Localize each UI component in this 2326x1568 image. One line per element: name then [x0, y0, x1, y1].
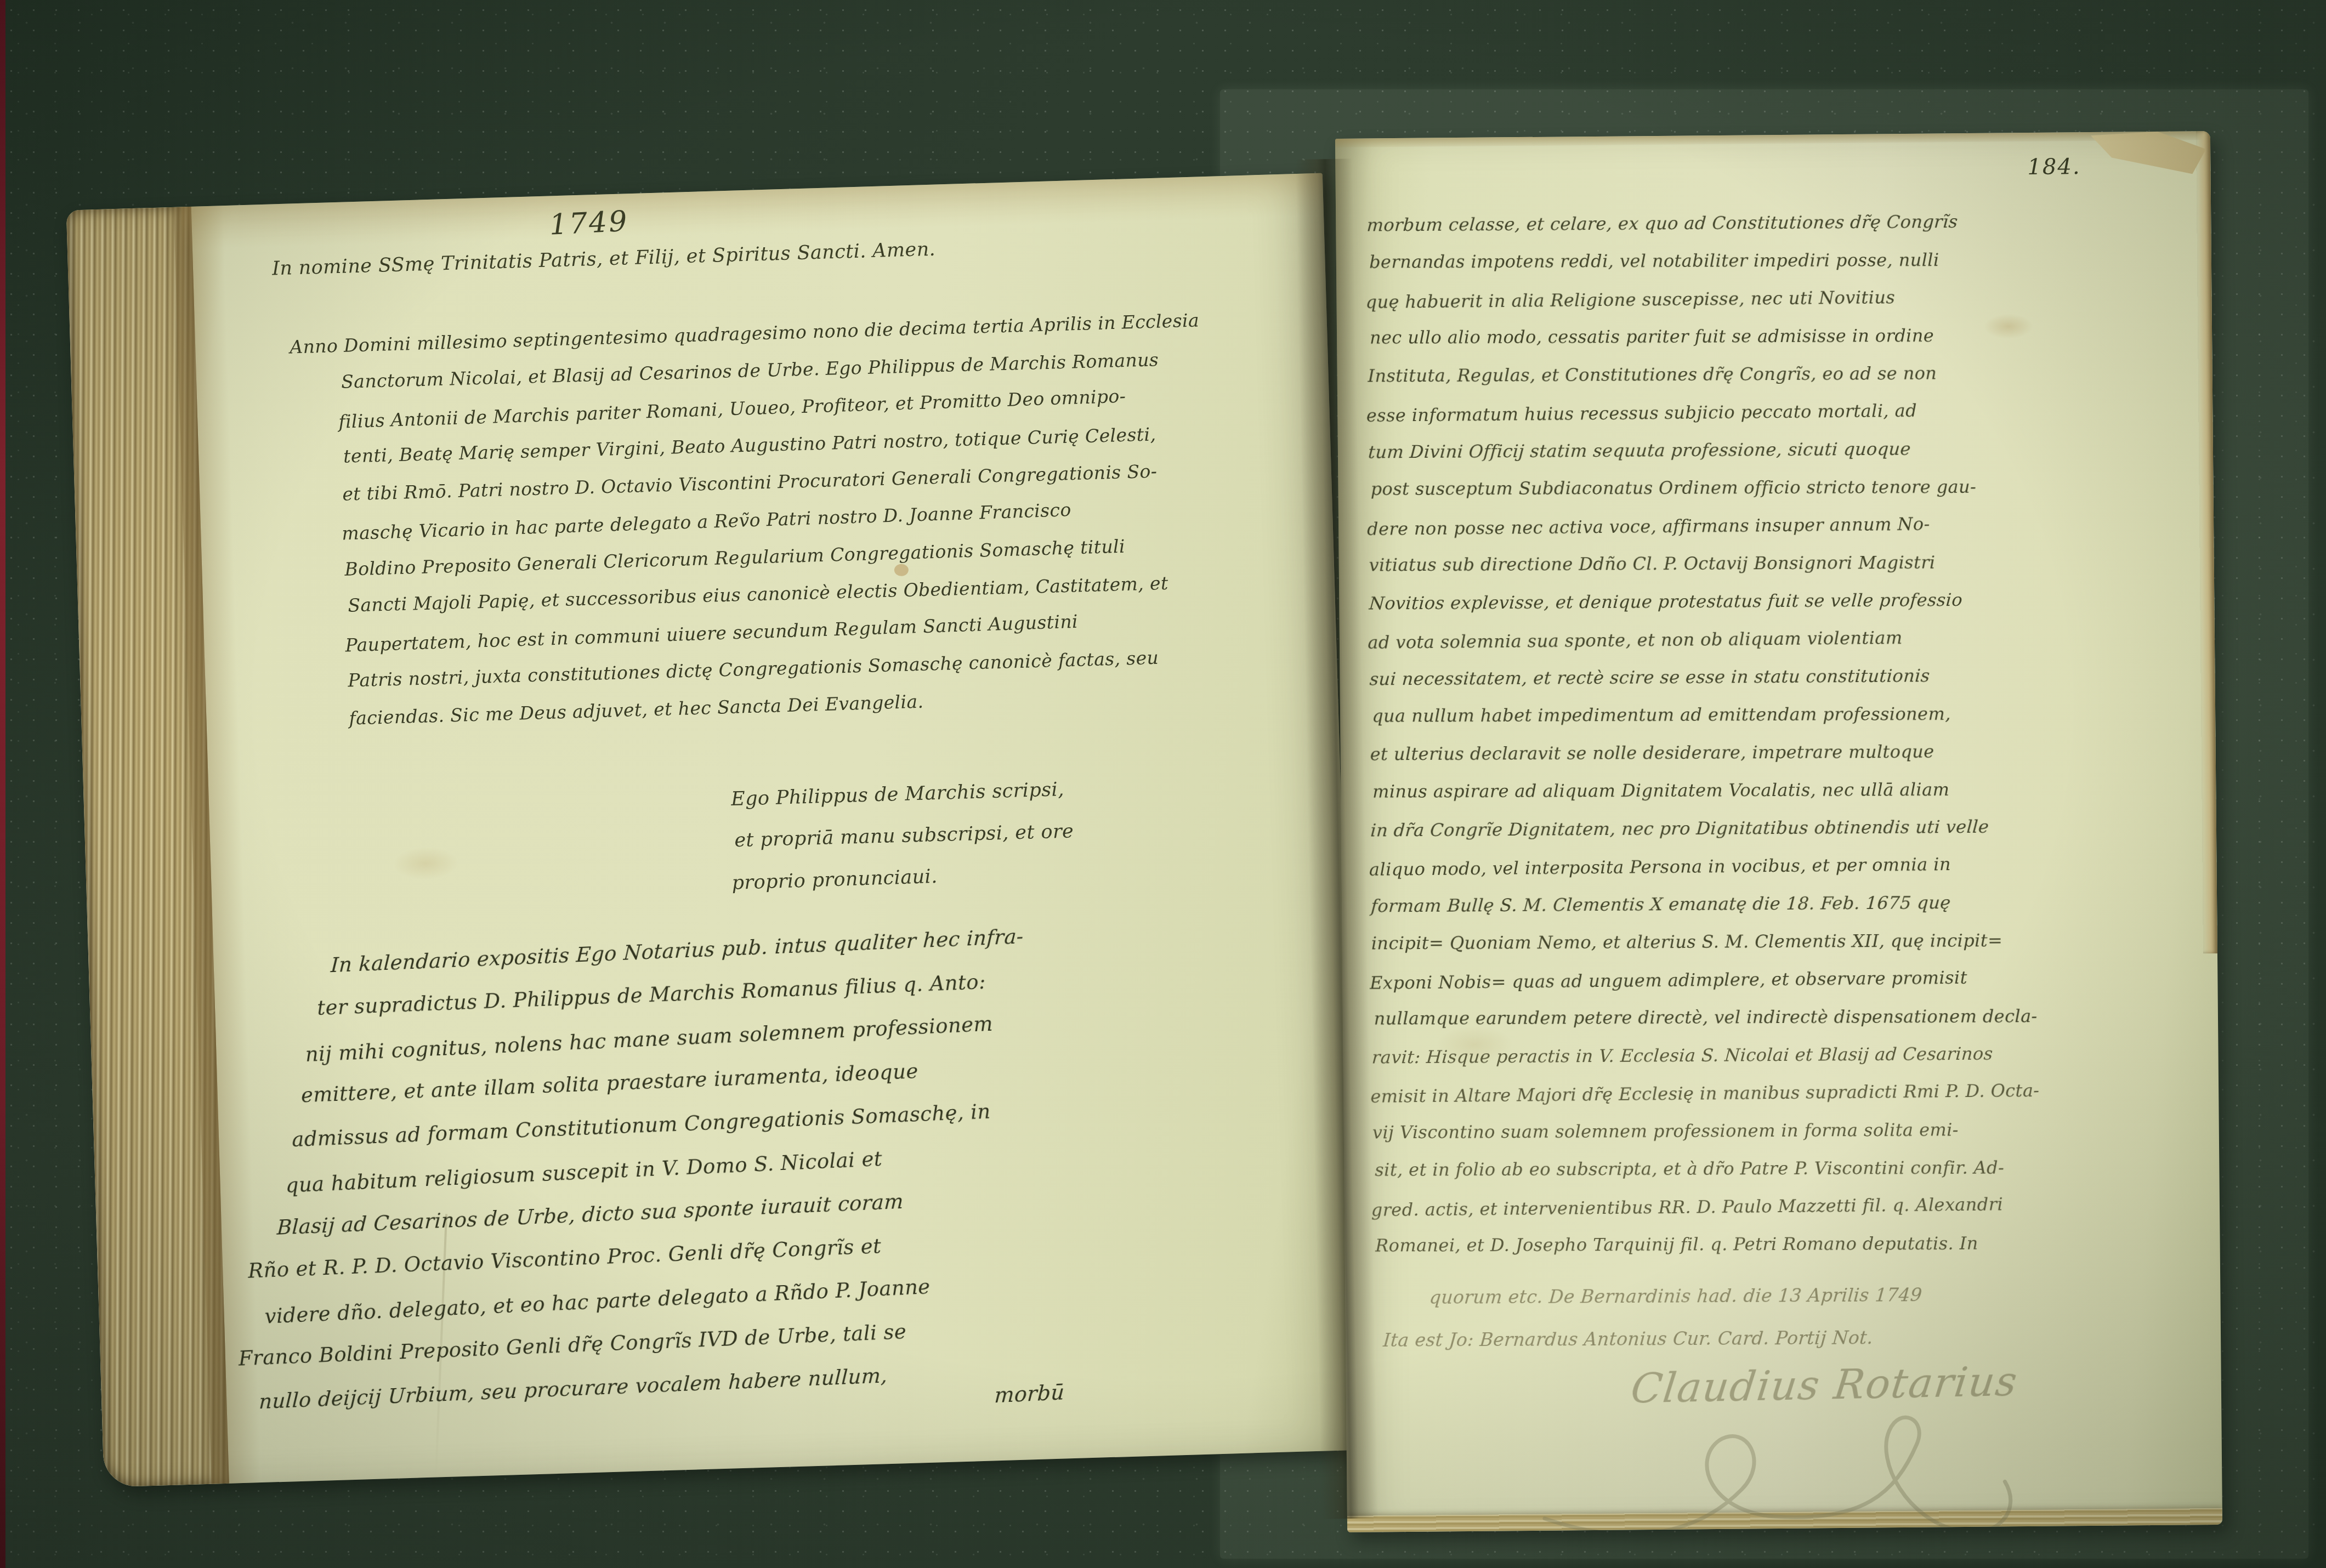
oath-signature-block: Ego Philippus de Marchis scripsi,et prop…	[730, 769, 1073, 904]
act-line: minus aspirare ad aliquam Dignitatem Voc…	[1372, 770, 2195, 810]
act-line: gred. actis, et intervenientibus RR. D. …	[1371, 1184, 2194, 1229]
year-heading: 1749	[549, 205, 629, 242]
act-line: quę habuerit in alia Religione suscepiss…	[1365, 276, 2188, 321]
act-line: Romanei, et D. Josepho Tarquinij fil. q.…	[1375, 1224, 2198, 1264]
act-line: in dr̃a Congrĩe Dignitatem, nec pro Dign…	[1369, 806, 2194, 849]
act-line: esse informatum huius recessus subjicio …	[1366, 389, 2189, 435]
act-line: nec ullo alio modo, cessatis pariter fui…	[1370, 316, 2192, 356]
act-line: emisit in Altare Majori dr̃ę Ecclesię in…	[1370, 1070, 2193, 1116]
act-line: aliquo modo, vel interposita Persona in …	[1369, 843, 2192, 889]
right-page: 184. morbum celasse, et celare, ex quo a…	[1335, 131, 2222, 1532]
closing-line: quorum etc. De Bernardinis had. die 13 A…	[1428, 1274, 1924, 1319]
act-line: ad vota solemnia sua sponte, et non ob a…	[1368, 616, 2191, 662]
scan-edge-strip	[0, 0, 5, 1568]
act-line: bernandas impotens reddi, vel notabilite…	[1369, 240, 2192, 281]
act-line: Exponi Nobis= quas ad unguem adimplere, …	[1370, 957, 2193, 1002]
page-number: 184.	[2027, 154, 2080, 180]
act-line: sit, et in folio ab eo subscripta, et à …	[1375, 1148, 2197, 1189]
invocation-line: In nomine SSmę Trinitatis Patris, et Fil…	[271, 238, 935, 280]
profession-text: Anno Domini millesimo septingentesimo qu…	[289, 300, 1277, 738]
catchword: morbū	[994, 1380, 1065, 1407]
act-line: incipit= Quoniam Nemo, et alterius S. M.…	[1371, 921, 2194, 962]
notary-entry-left: In kalendario expositis Ego Notarius pub…	[201, 904, 1306, 1425]
signature-flourish	[1511, 1377, 2061, 1532]
act-line: vitiatus sub directione Ddño Cl. P. Octa…	[1369, 542, 2191, 584]
notary-closing-lines: quorum etc. De Bernardinis had. die 13 A…	[1424, 1274, 1924, 1362]
act-line: et ulterius declaravit se nolle desidera…	[1370, 731, 2192, 773]
act-line: Instituta, Regulas, et Constitutiones dr…	[1368, 353, 2190, 395]
water-stain	[181, 173, 1324, 250]
act-line: qua nullum habet impedimentum ad emitten…	[1372, 694, 2194, 735]
fox-spot	[393, 846, 459, 881]
act-line: formam Bullę S. M. Clementis X emanatę d…	[1370, 882, 2194, 925]
act-line: vij Viscontino suam solemnem professione…	[1372, 1110, 2195, 1151]
act-line: Novitios explevisse, et denique protesta…	[1368, 580, 2193, 622]
closing-line: Ita est Jo: Bernardus Antonius Cur. Card…	[1381, 1316, 1920, 1362]
act-line: morbum celasse, et celare, ex quo ad Con…	[1366, 201, 2191, 244]
act-line: nullamque earundem petere directè, vel i…	[1374, 997, 2196, 1037]
act-line: ravit: Hisque peractis in V. Ecclesia S.…	[1371, 1033, 2195, 1076]
manuscript-photograph: 1749 In nomine SSmę Trinitatis Patris, e…	[0, 0, 2326, 1568]
left-page: 1749 In nomine SSmę Trinitatis Patris, e…	[66, 173, 1360, 1487]
act-line: sui necessitatem, et rectè scire se esse…	[1369, 655, 2193, 698]
act-line: post susceptum Subdiaconatus Ordinem off…	[1371, 467, 2193, 508]
act-line: dere non posse nec activa voce, affirman…	[1367, 503, 2190, 548]
profession-act-text: morbum celasse, et celare, ex quo ad Con…	[1367, 201, 2196, 1265]
act-line: tum Divini Officij statim sequuta profes…	[1367, 428, 2192, 471]
